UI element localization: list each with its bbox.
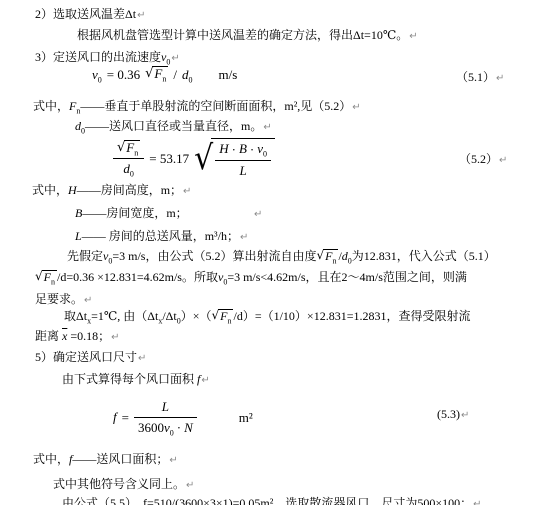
var-L: L bbox=[75, 229, 82, 243]
var-v-sub: 0 bbox=[263, 150, 267, 159]
paragraph-mark: ↵ bbox=[169, 455, 177, 466]
radicand: Fn bbox=[218, 309, 233, 323]
equation-tag-5-1: （5.1）↵ bbox=[456, 68, 504, 85]
text-run: 由下式算得每个风口面积 bbox=[62, 372, 197, 386]
step-2-heading: 2）选取送风温差Δt↵ bbox=[35, 7, 145, 23]
var-d-sub: 0 bbox=[189, 76, 193, 85]
step-5-text: 5）确定送风口尺寸 bbox=[35, 350, 137, 364]
coefficient-3600: 3600 bbox=[138, 420, 164, 435]
f51-equals: = 0.36 bbox=[107, 67, 140, 82]
text-run: 式中其他符号含义同上。 bbox=[53, 477, 185, 491]
paragraph-mark: ↵ bbox=[240, 232, 248, 243]
var-L: L bbox=[240, 163, 247, 178]
symbol-def-d0: d0——送风口直径或当量直径，m。↵ bbox=[75, 119, 272, 135]
fraction-numerator: √Fn bbox=[113, 140, 144, 158]
symbol-def-L: L—— 房间的总送风量，m³/h；↵ bbox=[75, 229, 248, 245]
where-label: 式中， bbox=[33, 452, 69, 466]
paragraph-mark: ↵ bbox=[111, 332, 119, 343]
assume-paragraph: 先假定v0=3 m/s，由公式（5.2）算出射流自由度√Fn/d0为12.831… bbox=[67, 249, 496, 264]
radicand: Fn bbox=[124, 140, 140, 154]
symbol-def-Fn: 式中，Fn——垂直于单股射流的空间断面面积，m²,见（5.2）↵ bbox=[33, 99, 361, 115]
other-symbols-note: 式中其他符号含义同上。↵ bbox=[53, 477, 194, 493]
dtx-paragraph-line1: 取Δtx=1℃, 由（Δtx/Δt0）×（√Fn/d）=（1/10）×12.83… bbox=[64, 309, 470, 324]
step-5-heading: 5）确定送风口尺寸↵ bbox=[35, 350, 146, 366]
paragraph-mark: ↵ bbox=[137, 10, 145, 21]
var-F-sub: n bbox=[162, 75, 166, 84]
sqrt-term: √Fn bbox=[145, 66, 168, 81]
def-text: —— 房间的总送风量，m³/h； bbox=[82, 229, 239, 243]
equation-tag-5-2: （5.2）↵ bbox=[459, 150, 507, 167]
text-run: /Δt bbox=[162, 309, 176, 323]
var-F-sub: n bbox=[51, 277, 55, 286]
step-3-heading: 3）定送风口的出流速度v0↵ bbox=[35, 50, 180, 66]
fraction-denominator: L bbox=[215, 160, 271, 179]
paragraph-mark: ↵ bbox=[409, 31, 417, 42]
unit-m2: m² bbox=[239, 410, 253, 425]
symbol-def-B: B——房间宽度，m； bbox=[75, 206, 188, 221]
paragraph-mark: ↵ bbox=[499, 155, 507, 166]
document-page: 2）选取送风温差Δt↵ 根据风机盘管选型计算中送风温差的确定方法，得出Δt=10… bbox=[0, 0, 541, 505]
f51-lhs: v0 bbox=[92, 67, 102, 82]
fraction-denominator: d0 bbox=[113, 158, 144, 177]
sqrt-term: √Fn bbox=[117, 140, 140, 155]
text-run: ）×（ bbox=[181, 309, 212, 323]
sqrt-term: √Fn bbox=[211, 309, 233, 323]
radical-sign: √ bbox=[35, 269, 43, 283]
text-run: =1℃, 由（Δt bbox=[91, 309, 158, 323]
check-paragraph-line2: 足要求。↵ bbox=[35, 292, 92, 308]
radicand: Fn bbox=[323, 249, 338, 263]
text-run: 距离 bbox=[35, 329, 62, 343]
fraction-denominator: 3600v0·N bbox=[134, 417, 197, 436]
radical-sign: √ bbox=[117, 140, 125, 155]
paragraph-mark: ↵ bbox=[186, 480, 194, 491]
text-run: =0.18； bbox=[67, 329, 110, 343]
radicand: H·B·v0 L bbox=[211, 138, 275, 179]
var-N: N bbox=[184, 420, 193, 435]
var-L: L bbox=[162, 399, 169, 414]
text-run: 取Δt bbox=[64, 309, 87, 323]
divide-sign: / bbox=[173, 67, 177, 82]
equation-tag-5-3: (5.3)↵ bbox=[437, 407, 469, 422]
def-text: ——送风口直径或当量直径，m。 bbox=[85, 119, 262, 133]
paragraph-mark: ↵ bbox=[201, 375, 209, 386]
tag-text: （5.2） bbox=[459, 152, 498, 166]
radicand: Fn bbox=[152, 66, 168, 80]
paragraph-mark: ↵ bbox=[461, 410, 469, 421]
fraction-numerator: L bbox=[134, 399, 197, 417]
formula-5-2: √Fn d0 = 53.17√ H·B·v0 L bbox=[113, 138, 275, 179]
radical-sign: √ bbox=[211, 308, 219, 322]
paragraph-mark: ↵ bbox=[138, 353, 146, 364]
paragraph-mark: ↵ bbox=[473, 499, 481, 505]
step-2-text: 2）选取送风温差Δt bbox=[35, 7, 136, 21]
var-F-sub: n bbox=[227, 316, 231, 325]
fraction: L 3600v0·N bbox=[134, 399, 197, 436]
unit-ms: m/s bbox=[219, 67, 238, 82]
var-d-sub: 0 bbox=[130, 170, 134, 179]
f53-equals: = bbox=[122, 410, 129, 425]
fcu-paragraph: 根据风机盘管选型计算中送风温差的确定方法，得出Δt=10℃。↵ bbox=[77, 28, 418, 44]
text-run: 由公式（5.5），f=510/(3600×3×1)=0.05m²，选取散流器风口… bbox=[62, 496, 472, 505]
check-paragraph-line1: √Fn/d=0.36 ×12.831=4.62m/s。所取v0=3 m/s<4.… bbox=[35, 270, 467, 285]
sqrt-term: √Fn bbox=[35, 270, 57, 284]
paragraph-mark: ↵ bbox=[171, 53, 179, 64]
paragraph-mark: ↵ bbox=[352, 102, 360, 113]
paragraph-mark: ↵ bbox=[254, 209, 262, 220]
symbol-def-f: 式中，f——送风口面积；↵ bbox=[33, 452, 178, 468]
paragraph-mark: ↵ bbox=[496, 73, 504, 84]
inner-fraction: H·B·v0 L bbox=[215, 141, 271, 179]
var-v-sub: 0 bbox=[98, 76, 102, 85]
text-run: =3 m/s<4.62m/s，且在2～4m/s范围之间，则满 bbox=[227, 270, 467, 284]
radical-sign: √ bbox=[194, 142, 213, 176]
var-H: H bbox=[219, 141, 228, 156]
var-f: f bbox=[197, 372, 200, 386]
where-label: 式中， bbox=[32, 183, 68, 197]
b-line-paragraph-mark: ↵ bbox=[253, 206, 262, 222]
paragraph-mark: ↵ bbox=[84, 295, 92, 306]
var-F-sub: n bbox=[134, 149, 138, 158]
var-F-sub: n bbox=[332, 256, 336, 265]
var-B: B bbox=[239, 141, 247, 156]
fcu-text: 根据风机盘管选型计算中送风温差的确定方法，得出Δt=10℃。 bbox=[77, 28, 408, 42]
fraction-numerator: H·B·v0 bbox=[215, 141, 271, 160]
dot-operator: · bbox=[232, 142, 236, 157]
where-label: 式中， bbox=[33, 99, 69, 113]
paragraph-mark: ↵ bbox=[263, 122, 271, 133]
var-f: f bbox=[113, 410, 117, 425]
var-F: F bbox=[44, 270, 51, 284]
def-text: ——房间高度，m； bbox=[77, 183, 182, 197]
text-run: 先假定 bbox=[67, 249, 103, 263]
def-text: ——垂直于单股射流的空间断面面积，m²,见（5.2） bbox=[80, 99, 351, 113]
sqrt-term: √Fn bbox=[316, 249, 338, 263]
formula-5-3: f= L 3600v0·N m² bbox=[113, 399, 253, 436]
tag-text: (5.3) bbox=[437, 407, 460, 421]
text-run: /d）=（1/10）×12.831=1.2831，查得受限射流 bbox=[233, 309, 470, 323]
dot-operator: · bbox=[250, 142, 254, 157]
radicand: Fn bbox=[42, 270, 57, 284]
formula-5-1: v0= 0.36√Fn/d0m/s bbox=[92, 66, 237, 83]
def-text: ——房间宽度，m； bbox=[82, 206, 187, 220]
var-H: H bbox=[68, 183, 77, 197]
lhs-fraction: √Fn d0 bbox=[113, 140, 144, 177]
final-calc-paragraph: 由公式（5.5），f=510/(3600×3×1)=0.05m²，选取散流器风口… bbox=[62, 496, 481, 505]
radical-sign: √ bbox=[145, 66, 153, 81]
dot-operator: · bbox=[177, 420, 181, 435]
big-radical: √ H·B·v0 L bbox=[194, 138, 275, 179]
outlet-area-paragraph: 由下式算得每个风口面积 f↵ bbox=[62, 372, 210, 388]
radical-sign: √ bbox=[316, 248, 324, 262]
text-run: 足要求。 bbox=[35, 292, 83, 306]
text-run: =3 m/s，由公式（5.2）算出射流自由度 bbox=[112, 249, 316, 263]
text-run: /d=0.36 ×12.831=4.62m/s。所取 bbox=[57, 270, 218, 284]
dtx-paragraph-line2: 距离 x =0.18；↵ bbox=[35, 329, 120, 345]
f51-d0: d0 bbox=[182, 67, 193, 82]
f52-equals: = 53.17 bbox=[149, 151, 189, 166]
text-run: 为12.831，代入公式（5.1） bbox=[352, 249, 496, 263]
tag-text: （5.1） bbox=[456, 70, 495, 84]
step-3-text: 3）定送风口的出流速度 bbox=[35, 50, 161, 64]
paragraph-mark: ↵ bbox=[183, 186, 191, 197]
symbol-def-H: 式中，H——房间高度，m；↵ bbox=[32, 183, 191, 199]
var-v-sub: 0 bbox=[170, 429, 174, 438]
def-text: ——送风口面积； bbox=[72, 452, 168, 466]
